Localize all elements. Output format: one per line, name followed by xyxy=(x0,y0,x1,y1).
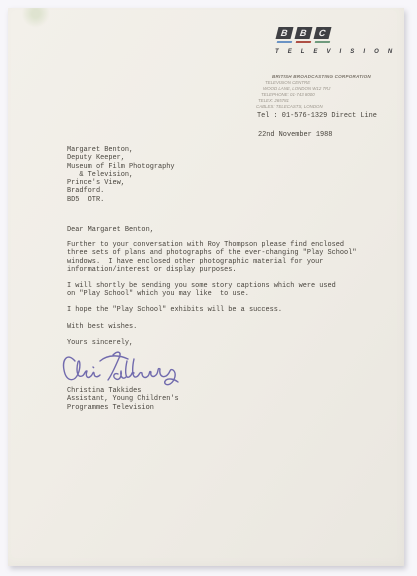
signature-stroke xyxy=(64,352,178,384)
letter-date: 22nd November 1988 xyxy=(258,131,332,139)
signoff: Yours sincerely, xyxy=(67,339,133,347)
bbc-logo-box: B xyxy=(295,27,313,39)
bbc-logo-box: B xyxy=(276,27,294,39)
sender-details: Christina Takkides Assistant, Young Chil… xyxy=(67,387,179,412)
bbc-logo-underline-red xyxy=(296,41,311,43)
letterhead-address-line: CABLES: TELECASTS, LONDON xyxy=(256,104,371,110)
bbc-logo-block-3: C xyxy=(315,27,330,43)
body-paragraph-1: Further to your conversation with Roy Th… xyxy=(67,241,356,274)
salutation: Dear Margaret Benton, xyxy=(67,226,154,234)
letter-document: B B C T E L E V I S I O N BRITISH BROADC… xyxy=(8,8,404,566)
letterhead-address: BRITISH BROADCASTING CORPORATION TELEVIS… xyxy=(256,74,371,110)
bbc-logo: B B C xyxy=(277,27,330,43)
television-wordmark: T E L E V I S I O N xyxy=(275,49,396,55)
body-paragraph-3: I hope the "Play School" exhibits will b… xyxy=(67,306,282,314)
bbc-logo-letter: B xyxy=(281,29,289,38)
bbc-logo-letter: B xyxy=(300,29,308,38)
bbc-logo-block-1: B xyxy=(277,27,292,43)
bbc-logo-underline-blue xyxy=(277,41,292,43)
direct-line-number: Tel : 01-576-1329 Direct Line xyxy=(257,112,377,120)
recipient-address: Margaret Benton, Deputy Keeper, Museum o… xyxy=(67,146,175,204)
bbc-logo-letter: C xyxy=(319,29,327,38)
bbc-logo-block-2: B xyxy=(296,27,311,43)
bbc-logo-underline-green xyxy=(315,41,330,43)
closing-wishes: With best wishes. xyxy=(67,323,137,331)
bbc-logo-box: C xyxy=(314,27,332,39)
body-paragraph-2: I will shortly be sending you some story… xyxy=(67,282,336,299)
